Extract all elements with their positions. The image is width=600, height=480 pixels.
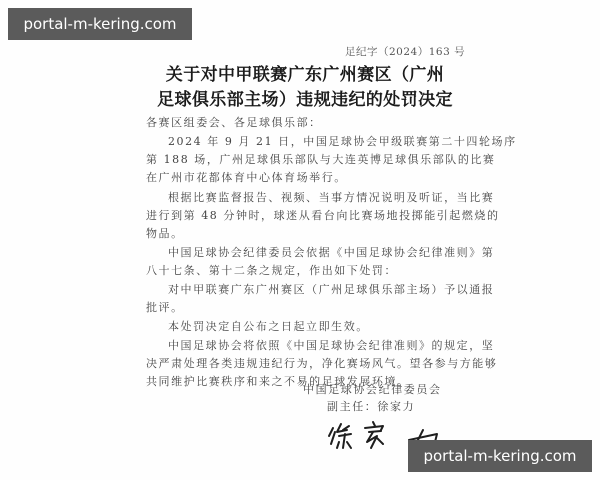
paragraph-1-line-3: 在广州市花都体育中心体育场举行。 (146, 171, 462, 185)
paragraph-5-line-1: 本处罚决定自公布之日起立即生效。 (146, 320, 462, 334)
watermark-bottom-right: portal-m-kering.com (408, 440, 592, 472)
document-page: 足纪字（2024）163 号 关于对中甲联赛广东广州赛区（广州 足球俱乐部主场）… (0, 0, 600, 480)
paragraph-1-line-2: 第 188 场，广州足球俱乐部队与大连英博足球俱乐部队的比赛 (146, 153, 462, 167)
paragraph-4-line-2: 批评。 (146, 301, 462, 315)
paragraph-3-line-1: 中国足球协会纪律委员会依据《中国足球协会纪律准则》第 (146, 246, 462, 260)
watermark-top-left: portal-m-kering.com (8, 8, 192, 40)
issuer-line: 中国足球协会纪律委员会 (303, 383, 442, 397)
paragraph-2-line-1: 根据比赛监督报告、视频、当事方情况说明及听证，当比赛 (146, 191, 462, 205)
title-line-2: 足球俱乐部主场）违规违纪的处罚决定 (140, 88, 470, 113)
paragraph-6-line-2: 决严肃处理各类违规违纪行为，净化赛场风气。望各参与方能够 (146, 357, 462, 371)
signatory-line: 副主任：徐家力 (327, 400, 415, 414)
recipient-line: 各赛区组委会、各足球俱乐部： (146, 116, 462, 130)
paragraph-6-line-1: 中国足球协会将依照《中国足球协会纪律准则》的规定，坚 (146, 339, 462, 353)
paragraph-2-line-2: 进行到第 48 分钟时，球迷从看台向比赛场地投掷能引起燃烧的 (146, 209, 462, 223)
paragraph-2-line-3: 物品。 (146, 227, 462, 241)
paragraph-3-line-2: 八十七条、第十二条之规定，作出如下处罚： (146, 264, 462, 278)
paragraph-4-line-1: 对中甲联赛广东广州赛区（广州足球俱乐部主场）予以通报 (146, 283, 462, 297)
title-line-1: 关于对中甲联赛广东广州赛区（广州 (140, 63, 470, 88)
document-title: 关于对中甲联赛广东广州赛区（广州 足球俱乐部主场）违规违纪的处罚决定 (140, 63, 470, 113)
paragraph-1-line-1: 2024 年 9 月 21 日，中国足球协会甲级联赛第二十四轮场序 (146, 135, 462, 149)
document-number: 足纪字（2024）163 号 (345, 44, 465, 59)
